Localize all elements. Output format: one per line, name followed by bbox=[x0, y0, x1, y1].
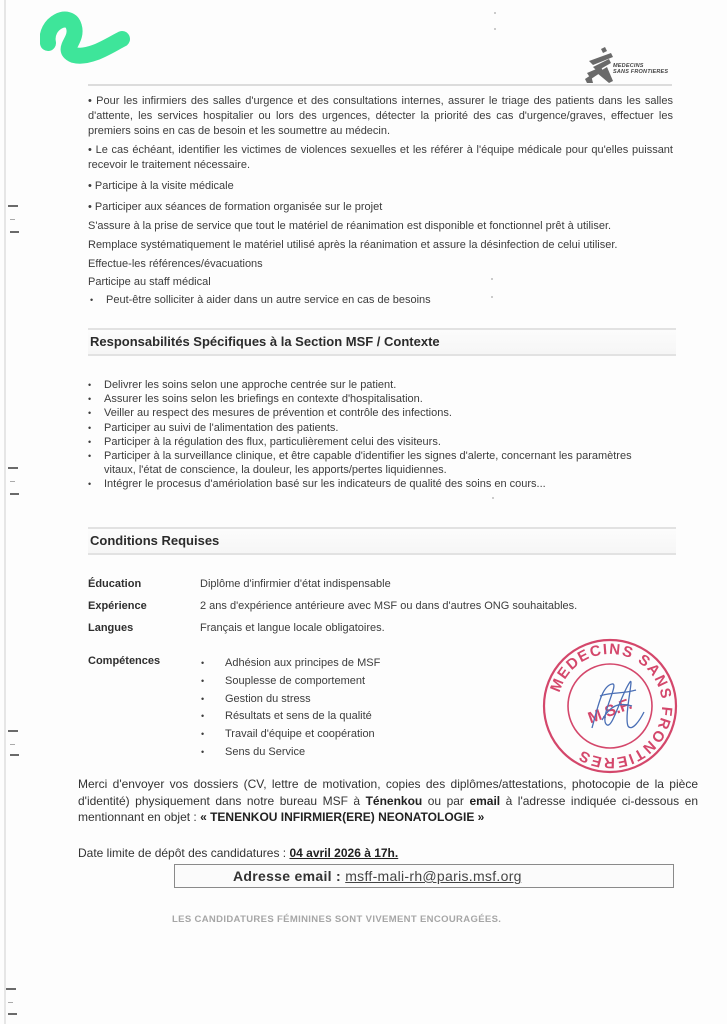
binder-mark bbox=[6, 988, 16, 990]
binder-mark bbox=[8, 1002, 13, 1003]
msf-logo: MEDECINS SANS FRONTIERES bbox=[583, 45, 673, 85]
condition-label: Éducation bbox=[88, 573, 200, 595]
logo-line-2: SANS FRONTIERES bbox=[613, 69, 668, 75]
list-item: Participer à la surveillance clinique, e… bbox=[88, 449, 648, 477]
binder-mark bbox=[10, 219, 15, 220]
intro-bullet: • Pour les infirmiers des salles d'urgen… bbox=[88, 94, 673, 139]
intro-bullet: Peut-être solliciter à aider dans un aut… bbox=[88, 293, 673, 308]
competence-item: Résultats et sens de la qualité bbox=[200, 708, 440, 726]
binder-mark bbox=[10, 493, 19, 495]
competences-list: Adhésion aux principes de MSFSouplesse d… bbox=[200, 655, 440, 762]
msf-stamp: MEDECINS SANS FRONTIERES M.S.F. bbox=[540, 636, 680, 776]
scan-speck bbox=[494, 12, 496, 14]
competence-item: Sens du Service bbox=[200, 744, 440, 762]
redaction-scribble bbox=[40, 5, 140, 65]
binder-mark bbox=[8, 205, 18, 207]
application-instructions: Merci d'envoyer vos dossiers (CV, lettre… bbox=[78, 776, 698, 826]
binder-mark bbox=[10, 754, 19, 756]
email-label: Adresse email : bbox=[233, 868, 345, 884]
list-item: Participer à la régulation des flux, par… bbox=[88, 435, 648, 449]
email-box: Adresse email : msff-mali-rh@paris.msf.o… bbox=[174, 864, 674, 888]
intro-bullet: • Participe à la visite médicale bbox=[88, 179, 673, 194]
msf-running-man-icon bbox=[583, 45, 617, 85]
email-subject: « TENENKOU INFIRMIER(ERE) NEONATOLOGIE » bbox=[200, 810, 484, 824]
responsibilities-continued: • Pour les infirmiers des salles d'urgen… bbox=[88, 94, 673, 308]
competences-label: Compétences bbox=[88, 655, 188, 667]
intro-bullet: • Le cas échéant, identifier les victime… bbox=[88, 143, 673, 173]
header-rule bbox=[88, 84, 672, 86]
condition-label: Langues bbox=[88, 617, 200, 639]
list-item: Veiller au respect des mesures de préven… bbox=[88, 406, 648, 420]
condition-row: ÉducationDiplôme d'infirmier d'état indi… bbox=[88, 573, 648, 595]
intro-line: S'assure à la prise de service que tout … bbox=[88, 219, 673, 234]
office-city: Ténenkou bbox=[366, 794, 423, 808]
binder-mark bbox=[8, 1013, 17, 1015]
competence-item: Adhésion aux principes de MSF bbox=[200, 655, 440, 673]
specific-responsibilities-list: Delivrer les soins selon une approche ce… bbox=[88, 378, 648, 492]
intro-line: Participe au staff médical bbox=[88, 275, 673, 290]
competence-item: Gestion du stress bbox=[200, 691, 440, 709]
intro-line: Remplace systématiquement le matériel ut… bbox=[88, 238, 673, 253]
list-item: Delivrer les soins selon une approche ce… bbox=[88, 378, 648, 392]
intro-bullet: • Participer aux séances de formation or… bbox=[88, 200, 673, 215]
binder-mark bbox=[8, 730, 18, 732]
binder-mark bbox=[10, 231, 19, 233]
deadline: Date limite de dépôt des candidatures : … bbox=[78, 846, 398, 860]
scan-speck bbox=[491, 278, 493, 280]
deadline-value: 04 avril 2026 à 17h. bbox=[289, 846, 398, 860]
scan-speck bbox=[492, 497, 494, 499]
condition-value: Diplôme d'infirmier d'état indispensable bbox=[200, 573, 391, 595]
binder-mark bbox=[10, 481, 15, 482]
condition-value: 2 ans d'expérience antérieure avec MSF o… bbox=[200, 595, 577, 617]
conditions-table: ÉducationDiplôme d'infirmier d'état indi… bbox=[88, 573, 648, 639]
competence-item: Souplesse de comportement bbox=[200, 673, 440, 691]
page-edge bbox=[4, 0, 6, 1024]
list-item: Assurer les soins selon les briefings en… bbox=[88, 392, 648, 406]
section-heading-conditions: Conditions Requises bbox=[88, 527, 676, 555]
condition-label: Expérience bbox=[88, 595, 200, 617]
deadline-label: Date limite de dépôt des candidatures : bbox=[78, 846, 289, 860]
footer-note: LES CANDIDATURES FÉMININES SONT VIVEMENT… bbox=[172, 914, 501, 925]
condition-value: Français et langue locale obligatoires. bbox=[200, 617, 385, 639]
email-link[interactable]: msff-mali-rh@paris.msf.org bbox=[345, 868, 522, 884]
list-item: Intégrer le procesus d'amériolation basé… bbox=[88, 477, 648, 491]
intro-line: Effectue-les références/évacuations bbox=[88, 257, 673, 272]
list-item: Participer au suivi de l'alimentation de… bbox=[88, 421, 648, 435]
competence-item: Travail d'équipe et coopération bbox=[200, 726, 440, 744]
binder-mark bbox=[10, 744, 15, 745]
msf-logo-text: MEDECINS SANS FRONTIERES bbox=[613, 63, 668, 75]
scan-speck bbox=[491, 296, 493, 298]
section-heading-specific: Responsabilités Spécifiques à la Section… bbox=[88, 328, 676, 356]
scan-speck bbox=[494, 28, 496, 30]
binder-mark bbox=[8, 467, 18, 469]
condition-row: Expérience2 ans d'expérience antérieure … bbox=[88, 595, 648, 617]
